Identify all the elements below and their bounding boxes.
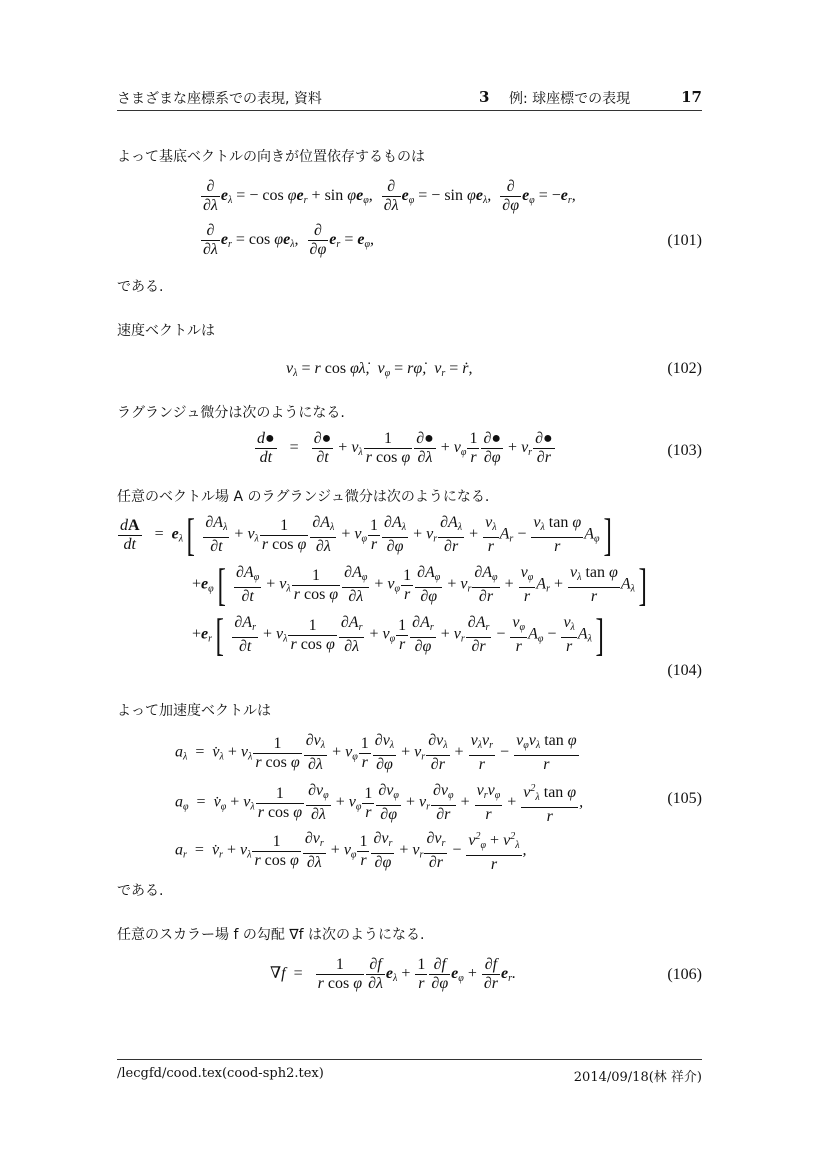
equation-101-line1: ∂∂λeλ = − cos φer + sin φeφ, ∂∂λeφ = − s…: [200, 178, 576, 215]
equation-105-line2: aφ = v̇φ + vλ1r cos φ∂vφ∂λ + vφ1r∂vφ∂φ +…: [175, 780, 583, 826]
equation-105-line1: aλ = v̇λ + vλ1r cos φ∂vλ∂λ + vφ1r∂vλ∂φ +…: [175, 732, 580, 774]
equation-number-104: (104): [667, 662, 702, 680]
equation-102: vλ = r cos φλ̇, vφ = rφ̇, vr = ṙ,: [286, 360, 473, 379]
footer-date-author: 2014/09/18(林 祥介): [574, 1066, 702, 1085]
equation-number-102: (102): [667, 360, 702, 378]
page-footer: /lecgfd/cood.tex(cood-sph2.tex) 2014/09/…: [117, 1059, 702, 1081]
paragraph-lagrangian: ラグランジュ微分は次のようになる.: [117, 402, 345, 422]
paragraph-dearu-1: である.: [117, 276, 163, 296]
equation-number-105: (105): [667, 790, 702, 808]
page-header: さまざまな座標系での表現, 資料 3 例: 球座標での表現 17: [117, 88, 702, 111]
paragraph-vector-field: 任意のベクトル場 A のラグランジュ微分は次のようになる.: [117, 486, 489, 506]
header-section-title: 例: 球座標での表現: [509, 88, 630, 108]
equation-101-line2: ∂∂λer = cos φeλ, ∂∂φer = eφ,: [200, 222, 374, 259]
paragraph-velocity: 速度ベクトルは: [117, 320, 215, 340]
equation-104-line1: dAdt = eλ[ ∂Aλ∂t + vλ1r cos φ∂Aλ∂λ + vφ1…: [117, 514, 615, 556]
equation-103: d●dt = ∂●∂t + vλ1r cos φ∂●∂λ + vφ1r∂●∂φ …: [254, 430, 556, 467]
equation-number-103: (103): [667, 442, 702, 460]
header-document-title: さまざまな座標系での表現, 資料: [117, 88, 322, 108]
paragraph-basis-vectors: よって基底ベクトルの向きが位置依存するものは: [117, 146, 425, 166]
equation-number-101: (101): [667, 232, 702, 250]
header-page-number: 17: [681, 88, 702, 106]
header-section-number: 3: [479, 88, 489, 106]
footer-source-file: /lecgfd/cood.tex(cood-sph2.tex): [117, 1066, 324, 1081]
equation-106: ∇f = 1r cos φ∂f∂λeλ + 1r∂f∂φeφ + ∂f∂rer.: [270, 956, 516, 993]
equation-number-106: (106): [667, 966, 702, 984]
paragraph-gradient: 任意のスカラー場 f の勾配 ∇f は次のようになる.: [117, 924, 424, 944]
equation-104-line3: +er[ ∂Ar∂t + vλ1r cos φ∂Ar∂λ + vφ1r∂Ar∂φ…: [192, 614, 607, 656]
equation-104-line2: +eφ[ ∂Aφ∂t + vλ1r cos φ∂Aφ∂λ + vφ1r∂Aφ∂φ…: [192, 564, 650, 606]
paragraph-dearu-2: である.: [117, 880, 163, 900]
equation-105-line3: ar = v̇r + vλ1r cos φ∂vr∂λ + vφ1r∂vr∂φ +…: [175, 828, 527, 874]
paragraph-acceleration: よって加速度ベクトルは: [117, 700, 271, 720]
